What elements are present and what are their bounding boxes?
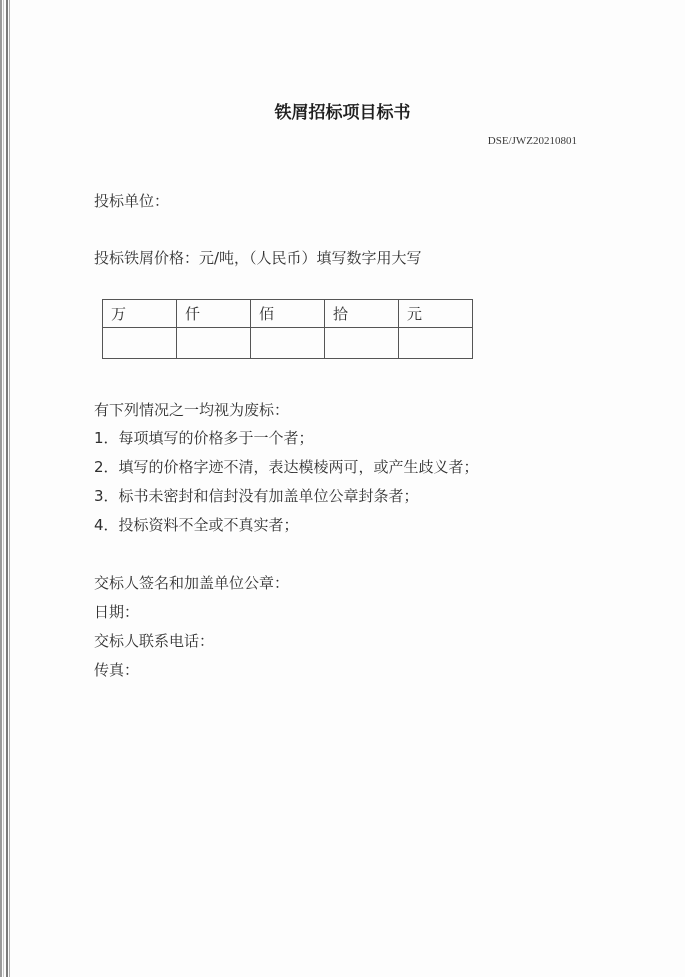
invalid-item: 1．每项填写的价格多于一个者； [94,427,314,448]
amount-value-shi[interactable] [325,328,399,359]
amount-table: 万 仟 佰 拾 元 [102,299,473,359]
amount-value-qian[interactable] [177,328,251,359]
invalid-intro: 有下列情况之一均视为废标： [94,399,289,420]
amount-value-bai[interactable] [251,328,325,359]
amount-header-shi: 拾 [325,300,399,328]
amount-value-row [103,328,473,359]
price-label: 投标铁屑价格：元/吨，（人民币）填写数字用大写 [94,247,422,268]
fax-field: 传真： [94,659,139,680]
phone-field: 交标人联系电话： [94,630,214,651]
amount-header-yuan: 元 [399,300,473,328]
scan-binding-line [0,0,2,977]
scan-binding-line [6,0,8,977]
amount-value-wan[interactable] [103,328,177,359]
signature-field: 交标人签名和加盖单位公章： [94,572,289,593]
amount-header-wan: 万 [103,300,177,328]
amount-header-bai: 佰 [251,300,325,328]
scan-binding-line [3,0,4,977]
date-field: 日期： [94,601,139,622]
document-title: 铁屑招标项目标书 [0,98,685,123]
invalid-item: 4．投标资料不全或不真实者； [94,514,299,535]
scan-binding-line [9,0,10,977]
amount-value-yuan[interactable] [399,328,473,359]
invalid-item: 2．填写的价格字迹不清，表达模棱两可，或产生歧义者； [94,456,479,477]
invalid-item: 3．标书未密封和信封没有加盖单位公章封条者； [94,485,419,506]
document-number: DSE/JWZ20210801 [488,135,577,147]
amount-header-qian: 仟 [177,300,251,328]
bidder-label: 投标单位： [94,190,169,211]
amount-header-row: 万 仟 佰 拾 元 [103,300,473,328]
